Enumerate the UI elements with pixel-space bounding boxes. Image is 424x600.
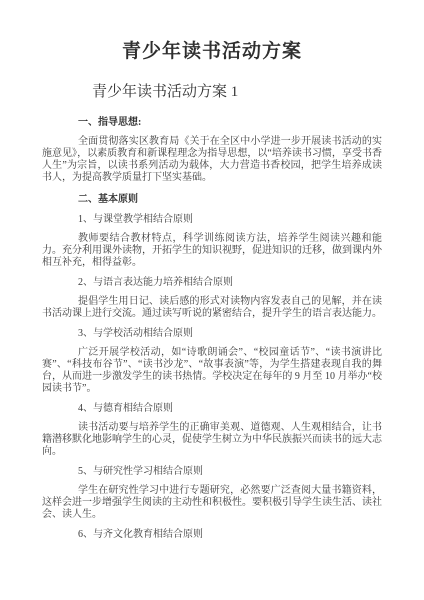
document-subtitle: 青少年读书活动方案 1: [92, 84, 382, 101]
principle-item-4-text: 读书活动要与培养学生的正确审美观、道德观、人生观相结合，让书籍潜移默化地影响学生…: [42, 422, 382, 458]
principle-item-3-text: 广泛开展学校活动，如“诗歌朗诵会”、“校园童话节”、“读书演讲比赛”、“科技布谷…: [42, 347, 382, 395]
principle-item-5-label: 5、与研究性学习相结合原则: [78, 466, 382, 478]
paragraph-guiding-ideology: 全面贯彻落实区教育局《关于在全区中小学进一步开展读书活动的实施意见》，以素质教育…: [42, 136, 382, 184]
principle-item-3-label: 3、与学校活动相结合原则: [78, 328, 382, 340]
principle-item-2-label: 2、与语言表达能力培养相结合原则: [78, 277, 382, 289]
principle-item-4-label: 4、与德育相结合原则: [78, 403, 382, 415]
document-title: 青少年读书活动方案: [42, 40, 382, 63]
principle-item-5-text: 学生在研究性学习中进行专题研究，必然要广泛查阅大量书籍资料，这样会进一步增强学生…: [42, 485, 382, 521]
principle-item-6-label: 6、与齐文化教育相结合原则: [78, 529, 382, 541]
principle-item-1-text: 教师要结合教材特点，科学训练阅读方法，培养学生阅读兴趣和能力。充分利用课外读物，…: [42, 233, 382, 269]
principle-item-2-text: 提倡学生用日记、读后感的形式对读物内容发表自己的见解，并在读书活动课上进行交流。…: [42, 296, 382, 320]
section-heading-basic-principles: 二、基本原则: [78, 194, 382, 206]
principle-item-1-label: 1、与课堂教学相结合原则: [78, 214, 382, 226]
document-page: 青少年读书活动方案 青少年读书活动方案 1 一、指导思想: 全面贯彻落实区教育局…: [0, 0, 424, 600]
section-heading-guiding-ideology: 一、指导思想:: [78, 117, 382, 129]
